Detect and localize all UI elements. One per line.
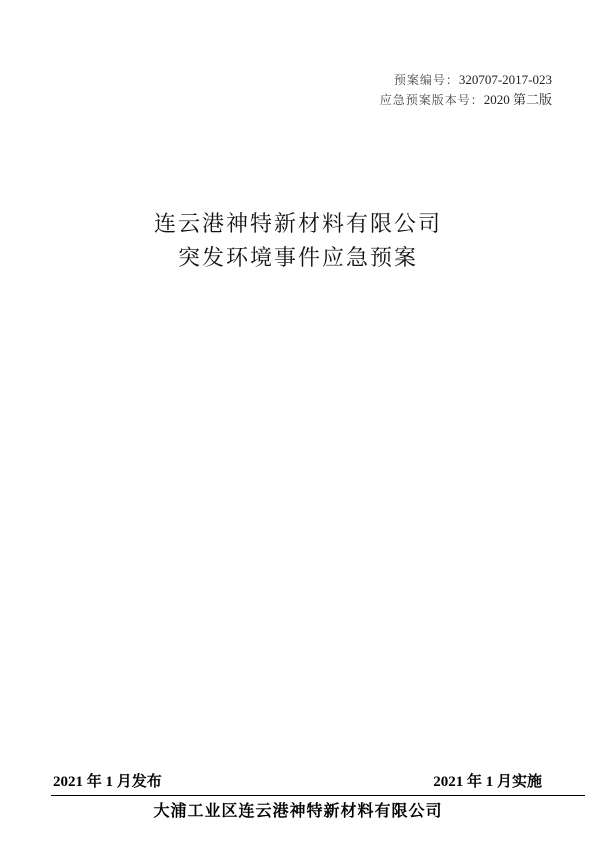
publish-date: 2021 年 1 月发布	[53, 771, 162, 793]
document-title: 连云港神特新材料有限公司 突发环境事件应急预案	[0, 208, 596, 276]
version-number: 应急预案版本号：2020 第二版	[380, 90, 552, 110]
plan-number: 预案编号：320707-2017-023	[380, 70, 552, 90]
document-meta: 预案编号：320707-2017-023 应急预案版本号：2020 第二版	[380, 70, 552, 110]
plan-number-value: 320707-2017-023	[459, 72, 552, 87]
date-row: 2021 年 1 月发布 2021 年 1 月实施	[53, 771, 542, 793]
issuer: 大浦工业区连云港神特新材料有限公司	[0, 799, 596, 823]
title-subject: 突发环境事件应急预案	[0, 242, 596, 276]
version-value: 2020 第二版	[484, 92, 552, 107]
effective-date: 2021 年 1 月实施	[433, 771, 542, 793]
title-company: 连云港神特新材料有限公司	[0, 208, 596, 242]
plan-number-label: 预案编号：	[394, 73, 459, 87]
version-label: 应急预案版本号：	[380, 93, 484, 107]
footer-divider	[51, 795, 585, 796]
